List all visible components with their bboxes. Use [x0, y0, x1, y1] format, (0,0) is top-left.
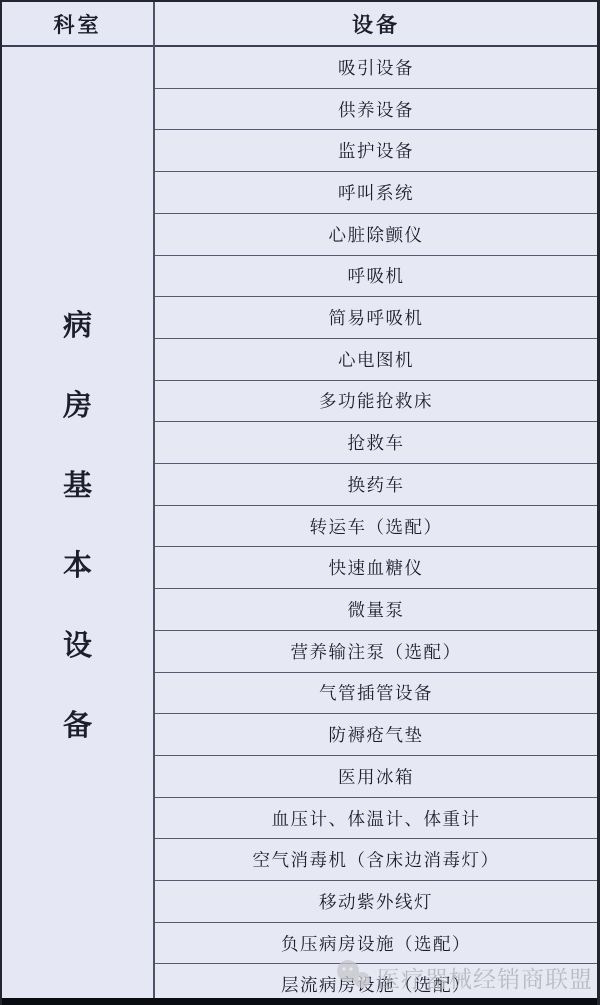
table-row: 负压病房设施（选配） — [155, 923, 597, 965]
equipment-rows: 吸引设备供养设备监护设备呼叫系统心脏除颤仪呼吸机简易呼吸机心电图机多功能抢救床抢… — [155, 47, 597, 1005]
equipment-label: 简易呼吸机 — [329, 305, 424, 330]
table-row: 吸引设备 — [155, 47, 597, 89]
equipment-label: 医用冰箱 — [338, 764, 414, 789]
image-bottom-edge — [2, 998, 597, 1005]
table-row: 移动紫外线灯 — [155, 881, 597, 923]
table-row: 供养设备 — [155, 89, 597, 131]
equipment-label: 血压计、体温计、体重计 — [272, 806, 481, 831]
table-row: 空气消毒机（含床边消毒灯） — [155, 839, 597, 881]
department-cell: 病房基本设备 — [2, 47, 153, 1005]
equipment-label: 呼吸机 — [348, 263, 405, 288]
equipment-label: 层流病房设施（选配） — [281, 972, 471, 997]
table-row: 气管插管设备 — [155, 673, 597, 715]
table-row: 快速血糖仪 — [155, 547, 597, 589]
equipment-label: 监护设备 — [338, 138, 414, 163]
equipment-label: 快速血糖仪 — [329, 555, 424, 580]
table-row: 医用冰箱 — [155, 756, 597, 798]
department-char: 房 — [63, 392, 92, 421]
equipment-label: 换药车 — [348, 472, 405, 497]
department-char: 本 — [63, 552, 92, 581]
equipment-label: 负压病房设施（选配） — [281, 931, 471, 956]
table-row: 血压计、体温计、体重计 — [155, 798, 597, 840]
department-char: 基 — [63, 472, 92, 501]
table-row: 抢救车 — [155, 422, 597, 464]
department-char: 备 — [63, 712, 92, 741]
table-row: 呼叫系统 — [155, 172, 597, 214]
table-row: 防褥疮气垫 — [155, 714, 597, 756]
equipment-label: 吸引设备 — [338, 55, 414, 80]
equipment-label: 微量泵 — [348, 597, 405, 622]
equipment-label: 防褥疮气垫 — [329, 722, 424, 747]
table-row: 监护设备 — [155, 130, 597, 172]
department-char: 设 — [63, 632, 92, 661]
equipment-label: 移动紫外线灯 — [319, 889, 433, 914]
equipment-label: 呼叫系统 — [338, 180, 414, 205]
table-row: 呼吸机 — [155, 256, 597, 298]
equipment-label: 多功能抢救床 — [319, 388, 433, 413]
column-header-department: 科室 — [2, 2, 153, 47]
department-char: 病 — [63, 312, 92, 341]
equipment-label: 营养输注泵（选配） — [291, 639, 462, 664]
table-row: 简易呼吸机 — [155, 297, 597, 339]
table-row: 心脏除颤仪 — [155, 214, 597, 256]
table-row: 多功能抢救床 — [155, 381, 597, 423]
equipment-label: 心脏除颤仪 — [329, 222, 424, 247]
equipment-label: 转运车（选配） — [310, 514, 443, 539]
equipment-label: 心电图机 — [338, 347, 414, 372]
table-row: 转运车（选配） — [155, 506, 597, 548]
department-column: 科室 病房基本设备 — [2, 2, 155, 1005]
column-header-equipment: 设备 — [155, 2, 597, 47]
equipment-label: 空气消毒机（含床边消毒灯） — [253, 847, 500, 872]
equipment-label: 抢救车 — [348, 430, 405, 455]
table-row: 营养输注泵（选配） — [155, 631, 597, 673]
table-row: 心电图机 — [155, 339, 597, 381]
equipment-column: 设备 吸引设备供养设备监护设备呼叫系统心脏除颤仪呼吸机简易呼吸机心电图机多功能抢… — [155, 2, 597, 1005]
table-row: 微量泵 — [155, 589, 597, 631]
table-row: 换药车 — [155, 464, 597, 506]
equipment-label: 气管插管设备 — [319, 680, 433, 705]
ward-equipment-table: 科室 病房基本设备 设备 吸引设备供养设备监护设备呼叫系统心脏除颤仪呼吸机简易呼… — [0, 0, 600, 1005]
equipment-label: 供养设备 — [338, 97, 414, 122]
